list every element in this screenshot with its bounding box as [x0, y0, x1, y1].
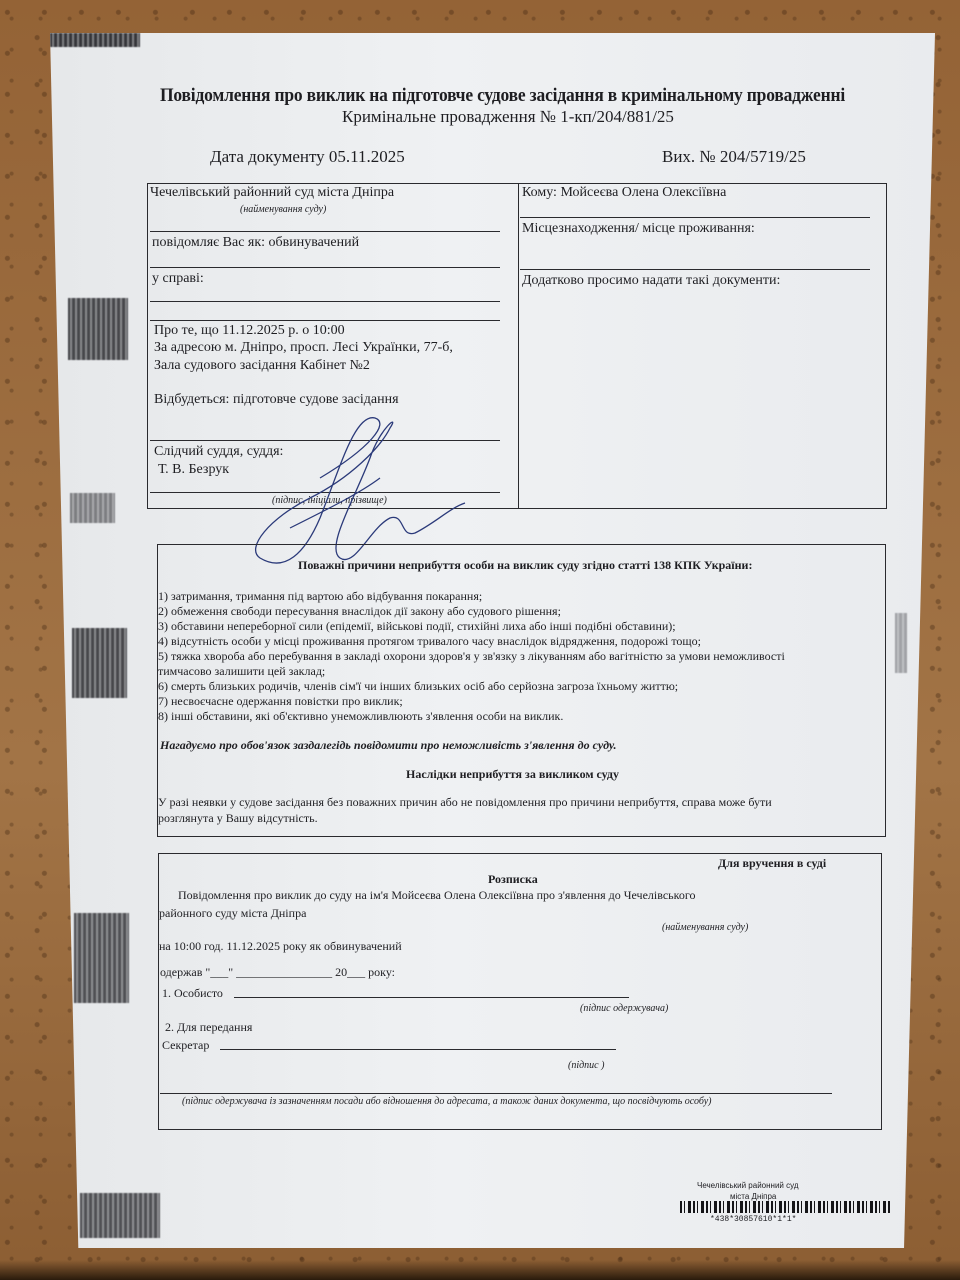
barcode: [680, 1201, 890, 1213]
scan-smudge: [70, 493, 115, 523]
full-signature-caption: (підпис одержувача із зазначенням посади…: [182, 1096, 712, 1107]
hearing-hall: Зала судового засідання Кабінет №2: [154, 358, 370, 374]
reminder-note: Нагадуємо про обов'язок заздалегідь пові…: [160, 738, 616, 753]
scan-smudge: [80, 1193, 160, 1238]
hearing-address: За адресою м. Дніпро, просп. Лесі Україн…: [154, 340, 453, 356]
recipient-name: Кому: Мойсеєва Олена Олексіївна: [522, 185, 726, 201]
reason-item: 5) тяжка хвороба або перебування в закла…: [158, 649, 785, 664]
reason-item: 6) смерть близьких родичів, членів сім'ї…: [158, 679, 678, 694]
rule-line: [520, 269, 870, 270]
recipient-signature-line: [234, 997, 629, 998]
consequences-text-cont: розглянута у Вашу відсутність.: [158, 811, 318, 826]
court-name-caption: (найменування суду): [240, 204, 326, 215]
reason-item: 2) обмеження свободи пересування внаслід…: [158, 604, 561, 619]
outgoing-number: Вих. № 204/5719/25: [662, 147, 806, 167]
receipt-line: Повідомлення про виклик до суду на ім'я …: [178, 888, 695, 903]
scan-smudge: [50, 33, 140, 47]
notifies-as: повідомляє Вас як: обвинувачений: [152, 235, 359, 251]
consequences-text: У разі неявки у судове засідання без пов…: [158, 795, 772, 810]
hearing-datetime: Про те, що 11.12.2025 р. о 10:00: [154, 323, 345, 339]
secretary-signature-caption: (підпис ): [568, 1060, 604, 1071]
rule-line: [150, 301, 500, 302]
received-date-field: одержав "___" ________________ 20___ рок…: [160, 965, 395, 980]
receipt-court: районного суду міста Дніпра: [159, 906, 306, 921]
document-title: Повідомлення про виклик на підготовче су…: [160, 85, 845, 107]
case-number: Кримінальне провадження № 1-кп/204/881/2…: [342, 107, 674, 127]
personally-label: 1. Особисто: [162, 986, 223, 1001]
scan-smudge: [895, 613, 907, 673]
reason-item: 1) затримання, тримання під вартою або в…: [158, 589, 482, 604]
secretary-label: Секретар: [162, 1038, 209, 1053]
court-name: Чечелівський районний суд міста Дніпра: [150, 185, 394, 201]
court-summons-document: Повідомлення про виклик на підготовче су…: [50, 33, 935, 1248]
rule-line: [150, 231, 500, 232]
scan-smudge: [74, 913, 129, 1003]
reason-item: 4) відсутність особи у місці проживання …: [158, 634, 701, 649]
location-label: Місцезнаходження/ місце проживання:: [522, 221, 755, 237]
reason-item: 8) інші обставини, які об'єктивно унемож…: [158, 709, 563, 724]
receipt-court-caption: (найменування суду): [662, 922, 748, 933]
reason-item: 3) обставини непереборної сили (епідемії…: [158, 619, 676, 634]
receipt-time: на 10:00 год. 11.12.2025 року як обвинув…: [159, 939, 402, 954]
document-date: Дата документу 05.11.2025: [210, 147, 405, 167]
rule-line: [150, 267, 500, 268]
table-divider: [518, 183, 519, 508]
judge-name: Т. В. Безрук: [158, 462, 229, 478]
documents-label: Додатково просимо надати такі документи:: [522, 273, 780, 289]
scan-smudge: [68, 298, 128, 360]
reasons-heading: Поважні причини неприбуття особи на викл…: [298, 558, 752, 573]
rule-line: [520, 217, 870, 218]
for-delivery-label: Для вручення в суді: [718, 856, 826, 871]
reason-item: тимчасово залишити цей заклад;: [158, 664, 325, 679]
hearing-event: Відбудеться: підготовче судове засідання: [154, 392, 399, 408]
secretary-signature-line: [220, 1049, 616, 1050]
court-stamp-line2: міста Дніпра: [730, 1192, 776, 1201]
desk-shadow: [0, 1260, 960, 1280]
rule-line: [150, 320, 500, 321]
court-stamp-line1: Чечелівський районний суд: [697, 1181, 799, 1190]
barcode-number: *438*30857610*1*1*: [710, 1215, 796, 1224]
full-signature-line: [160, 1093, 832, 1094]
reason-item: 7) несвоєчасне одержання повістки про ви…: [158, 694, 403, 709]
receipt-title: Розписка: [488, 872, 538, 887]
for-transfer-label: 2. Для передання: [165, 1020, 252, 1035]
in-case-label: у справі:: [152, 271, 204, 287]
consequences-heading: Наслідки неприбуття за викликом суду: [406, 767, 619, 782]
recipient-signature-caption: (підпис одержувача): [580, 1003, 668, 1014]
scan-smudge: [72, 628, 127, 698]
